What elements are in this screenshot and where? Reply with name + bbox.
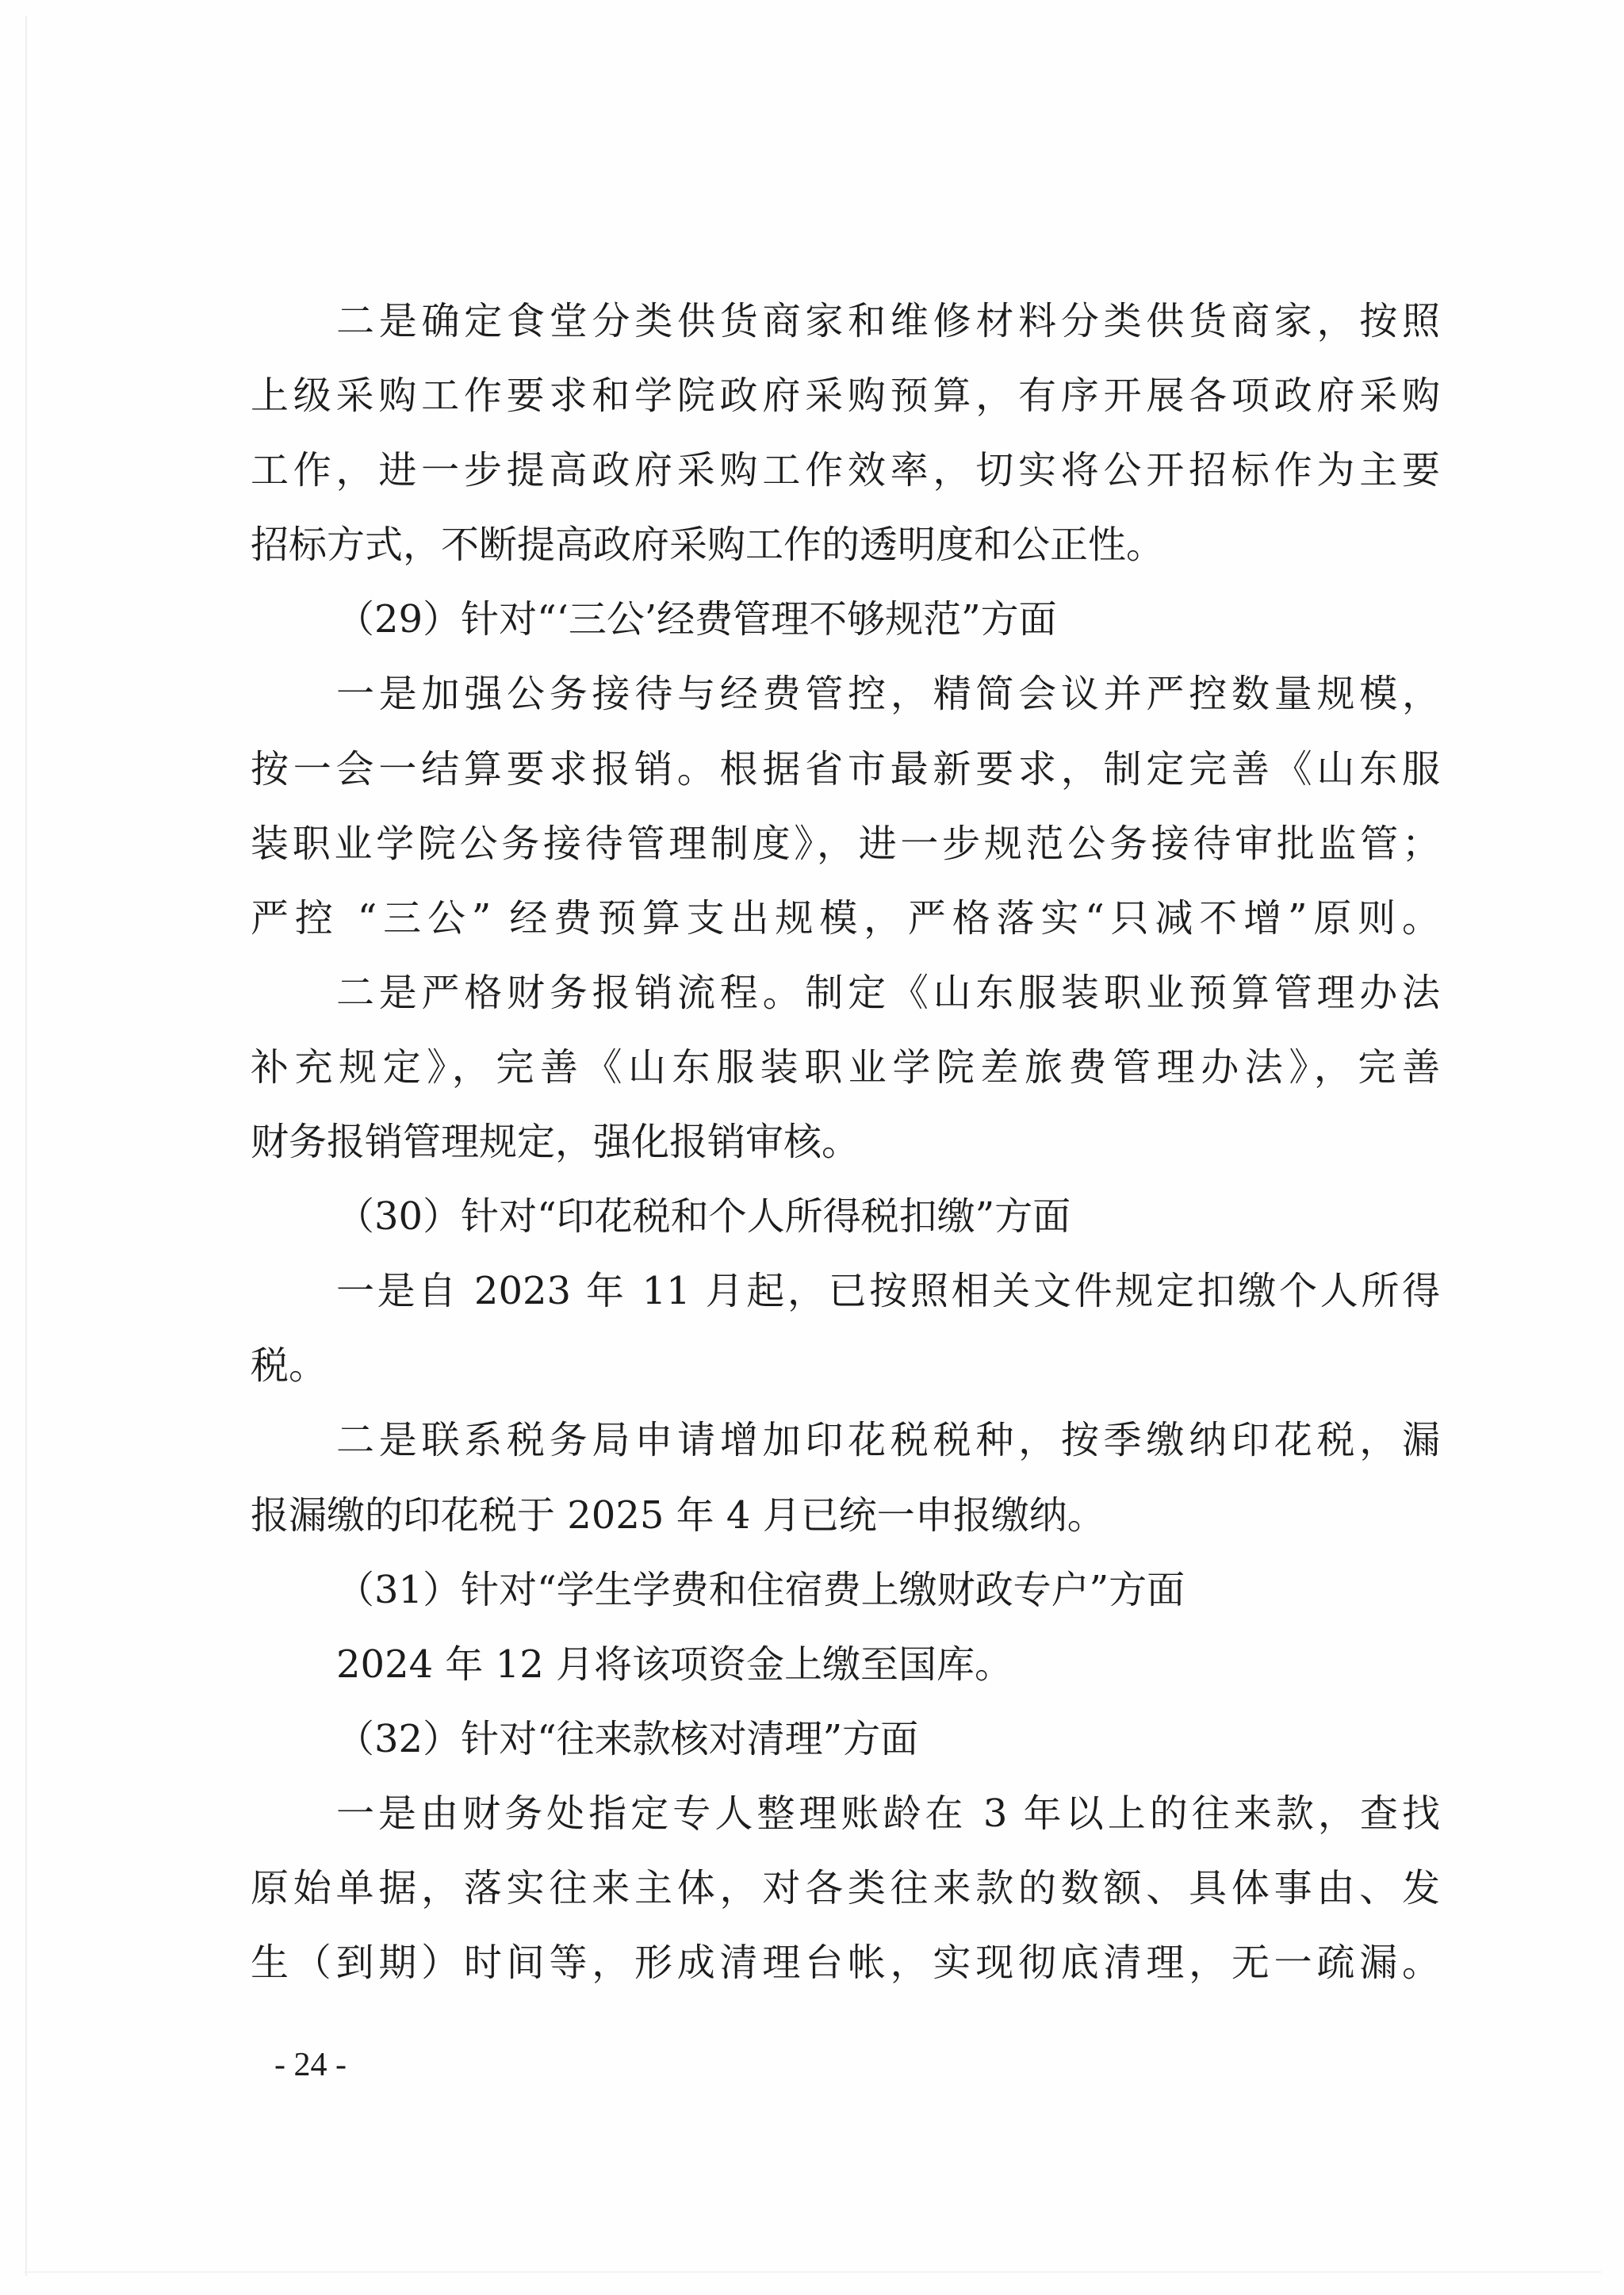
paragraph-line: 工作，进一步提高政府采购工作效率，切实将公开招标作为主要 [251,433,1440,508]
paragraph-line: 报漏缴的印花税于 2025 年 4 月已统一申报缴纳。 [251,1478,1440,1553]
section-heading-29: （29）针对“‘三公’经费管理不够规范”方面 [251,582,1440,657]
paragraph-line: 2024 年 12 月将该项资金上缴至国库。 [251,1627,1440,1702]
paragraph-line: 上级采购工作要求和学院政府采购预算，有序开展各项政府采购 [251,358,1440,433]
paragraph-line: 二是联系税务局申请增加印花税税种，按季缴纳印花税，漏 [251,1403,1440,1477]
paragraph-line: 一是由财务处指定专人整理账龄在 3 年以上的往来款，查找 [251,1776,1440,1851]
paragraph-line: 生（到期）时间等，形成清理台帐，实现彻底清理，无一疏漏。 [251,1925,1440,2000]
paragraph-line: 补充规定》，完善《山东服装职业学院差旅费管理办法》，完善 [251,1030,1440,1105]
document-page: 二是确定食堂分类供货商家和维修材料分类供货商家，按照 上级采购工作要求和学院政府… [0,0,1624,2295]
paragraph-line: 招标方式，不断提高政府采购工作的透明度和公正性。 [251,508,1440,582]
paragraph-line: 严控 “三公” 经费预算支出规模，严格落实“只减不增”原则。 [251,881,1440,956]
scan-edge-left [25,16,27,2276]
body-text: 二是确定食堂分类供货商家和维修材料分类供货商家，按照 上级采购工作要求和学院政府… [251,284,1440,2000]
paragraph-line: 一是加强公务接待与经费管控，精简会议并严控数量规模， [251,657,1440,731]
paragraph-line: 按一会一结算要求报销。根据省市最新要求，制定完善《山东服 [251,732,1440,807]
paragraph-line: 二是严格财务报销流程。制定《山东服装职业预算管理办法 [251,956,1440,1030]
paragraph-line: 二是确定食堂分类供货商家和维修材料分类供货商家，按照 [251,284,1440,358]
paragraph-line: 一是自 2023 年 11 月起，已按照相关文件规定扣缴个人所得 [251,1254,1440,1328]
section-heading-32: （32）针对“往来款核对清理”方面 [251,1702,1440,1776]
paragraph-line: 税。 [251,1328,1440,1403]
paragraph-line: 原始单据，落实往来主体，对各类往来款的数额、具体事由、发 [251,1851,1440,1925]
paragraph-line: 财务报销管理规定，强化报销审核。 [251,1105,1440,1179]
scan-edge-bottom [24,2271,1602,2273]
paragraph-line: 装职业学院公务接待管理制度》，进一步规范公务接待审批监管； [251,807,1440,881]
section-heading-31: （31）针对“学生学费和住宿费上缴财政专户”方面 [251,1553,1440,1627]
section-heading-30: （30）针对“印花税和个人所得税扣缴”方面 [251,1179,1440,1254]
page-number: - 24 - [274,2046,393,2084]
